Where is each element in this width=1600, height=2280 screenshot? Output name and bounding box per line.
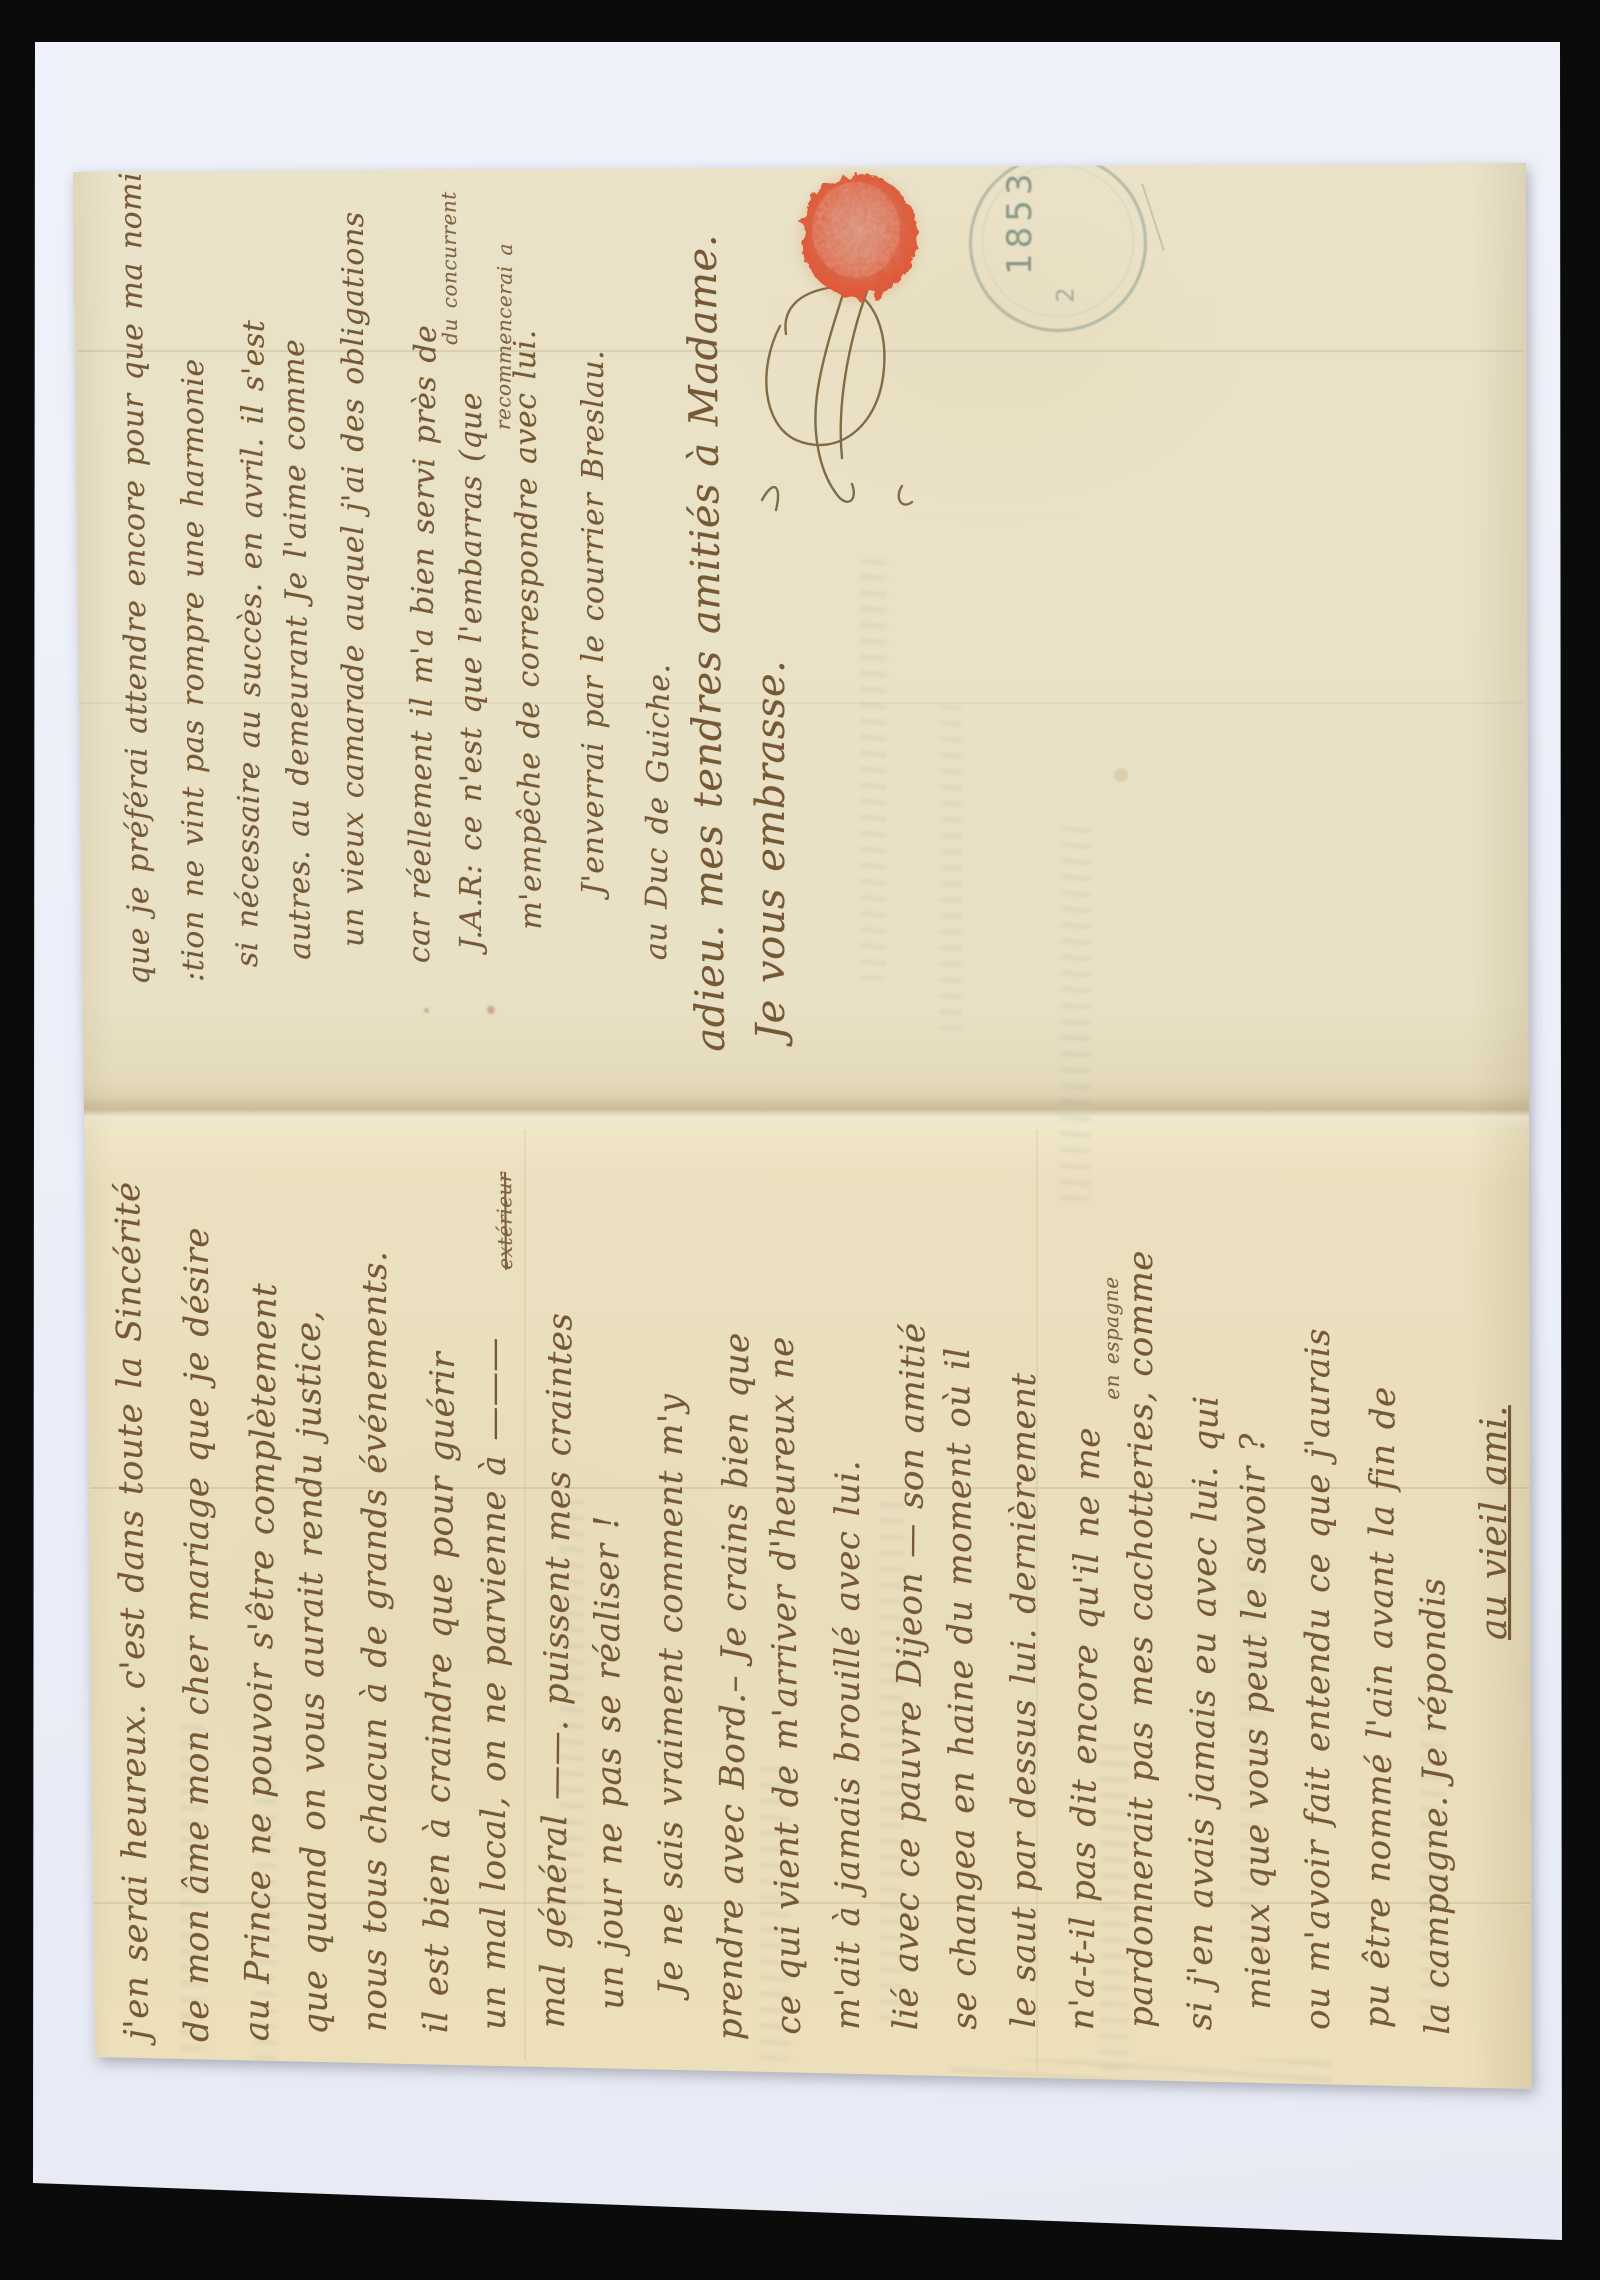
ghost-writing	[1060, 820, 1090, 1200]
handwritten-line: ou m'avoir fait entendu ce que j'aurais	[1298, 1328, 1338, 2030]
handwritten-line: au Prince ne pouvoir s'être complètement	[237, 1283, 285, 2042]
handwritten-line: autres. au demeurant Je l'aime comme	[276, 339, 318, 960]
interline-note: du concurrent	[436, 191, 462, 345]
handwritten-line: lié avec ce pauvre Dijeon — son amitié	[886, 1322, 933, 2030]
handwritten-line: de mon âme mon cher mariage que je désir…	[177, 1227, 217, 2042]
postmark-note: 2	[1052, 287, 1080, 302]
handwritten-line: m'empêche de correspondre avec lui.	[508, 329, 549, 930]
postmark-year: 1853	[1000, 168, 1040, 275]
handwritten-line: si j'en avais jamais eu avec lui. qui	[1180, 1395, 1227, 2030]
ghost-writing	[860, 560, 886, 980]
handwritten-line: Je ne sais vraiment comment m'y	[651, 1394, 691, 1995]
handwritten-line: pardonnerait pas mes cachotteries, comme	[1121, 1250, 1161, 2028]
postmark-stamp: 1853 2	[969, 154, 1147, 332]
interline-note: extérieur	[492, 1172, 517, 1270]
handwritten-line: la campagne. Je répondis	[1413, 1578, 1458, 2035]
handwritten-line: un mal local, on ne parvienne à ———	[474, 1337, 514, 2030]
handwritten-line: un jour ne pas se réaliser !	[586, 1515, 631, 2010]
handwritten-line: ce qui vient de m'arriver d'heureux ne	[761, 1336, 808, 2035]
handwritten-line: se changea en haine du moment où il	[937, 1347, 984, 2030]
letter-paper-wrap: que je préférai attendre encore pour que…	[0, 0, 1600, 2280]
handwritten-line: :tion ne vint pas rompre une harmonie	[176, 358, 211, 982]
handwritten-line: j'en serai heureux. c'est dans toute la …	[108, 1181, 157, 2040]
handwritten-line: si nécessaire au succès. en avril. il s'…	[230, 320, 272, 968]
handwritten-line: adieu. mes tendres amitiés à Madame.	[679, 234, 734, 1052]
letter-paper: que je préférai attendre encore pour que…	[0, 0, 1600, 2280]
handwritten-line: J'enverrai par le courrier Breslau.	[576, 350, 611, 895]
photo-frame: que je préférai attendre encore pour que…	[0, 0, 1600, 2280]
handwritten-line: J.A.R: ce n'est que l'embarras (que	[454, 392, 489, 950]
stain-spot	[487, 1006, 495, 1014]
fold-crease	[524, 1130, 527, 2060]
stain-spot	[1114, 768, 1128, 782]
handwritten-line: mal général ——. puissent mes craintes	[533, 1313, 580, 2029]
handwritten-line: prendre avec Bord.– Je crains bien que	[710, 1332, 757, 2040]
stain-spot	[424, 1008, 429, 1013]
handwritten-line: m'ait à jamais brouillé avec lui.	[828, 1460, 868, 2030]
handwritten-line: nous tous chacun à de grands événements.	[355, 1251, 395, 2032]
interline-note: au vieil ami.	[1474, 1405, 1515, 1640]
handwritten-line: que quand on vous aurait rendu justice,	[288, 1310, 336, 2035]
handwritten-line: Je vous embrasse.	[748, 660, 794, 1040]
handwritten-line: pu être nommé l'ain avant la fin de	[1357, 1386, 1404, 2028]
stain-spot	[1540, 170, 1546, 176]
handwritten-line: au Duc de Guiche.	[639, 663, 677, 960]
handwritten-line: il est bien à craindre que pour guérir	[416, 1352, 463, 2034]
handwritten-line: car réellement il m'a bien servi près de	[402, 325, 444, 964]
wax-seal	[786, 162, 932, 312]
handwritten-line: que je préférai attendre encore pour que…	[113, 123, 157, 985]
handwritten-line: un vieux camarade auquel j'ai des obliga…	[336, 211, 371, 947]
fold-crease-main	[73, 1096, 1532, 1130]
handwritten-line: le saut par dessus lui. dernièrement	[1004, 1372, 1044, 2028]
ghost-writing	[950, 2060, 1330, 2120]
handwritten-line: n'a-t-il pas dit encore qu'il ne me	[1062, 1427, 1108, 2030]
handwritten-line: mieux que vous peut le savoir ?	[1233, 1433, 1279, 2010]
ghost-writing	[940, 700, 962, 1030]
